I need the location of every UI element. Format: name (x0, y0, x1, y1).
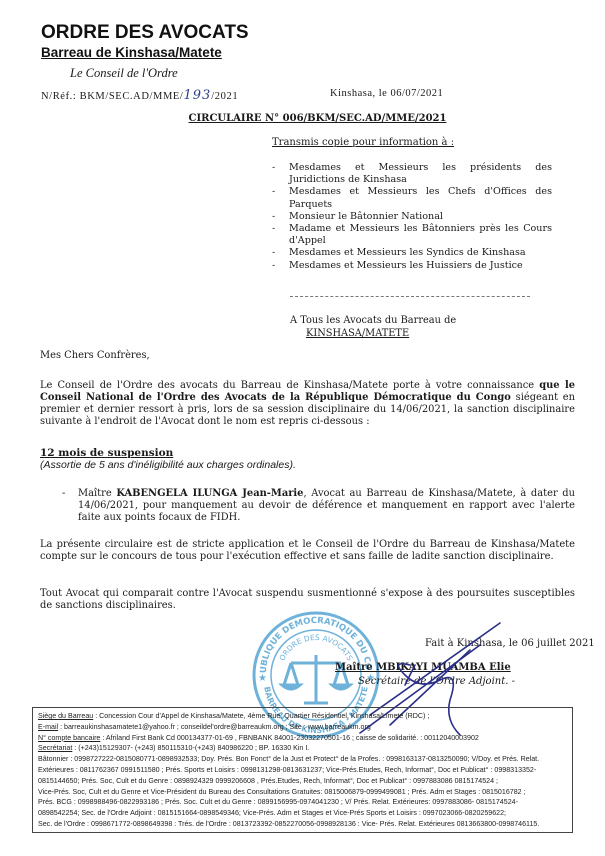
copy-recipient: Mesdames et Messieurs les Chefs d'Office… (272, 186, 552, 210)
copy-to-heading: Transmis copie pour information à : (272, 137, 454, 148)
footer-line-email: E-mail : barreaukinshasamatete1@yahoo.fr… (38, 722, 567, 733)
bullet-prefix: Maître (78, 488, 116, 499)
handwritten-reference-number: 193 (183, 88, 211, 103)
footer-contact-box: Siège du Barreau : Concession Cour d'App… (32, 707, 573, 833)
copy-recipient: Mesdames et Messieurs les Syndics de Kin… (272, 247, 552, 259)
footer-line-address: Siège du Barreau : Concession Cour d'App… (38, 711, 567, 722)
footer-line-contacts: Bâtonnier : 0998727222-0815080771-089893… (38, 754, 567, 765)
footer-line-contacts: Prés. BCG : 0998988496-0822993186 ; Prés… (38, 797, 567, 808)
addressee-city: KINSHASA/MATETE (290, 327, 456, 340)
reference-prefix: N/Réf.: BKM/SEC.AD/MME/ (41, 91, 183, 102)
copy-recipient: Monsieur le Bâtonnier National (272, 211, 552, 223)
svg-text:ORDRE DES AVOCATS: ORDRE DES AVOCATS (277, 633, 354, 662)
document-date: Kinshasa, le 06/07/2021 (330, 88, 443, 99)
footer-line-bank: N° compte bancaire : Afriland First Bank… (38, 733, 567, 744)
sanction-note: (Assortie de 5 ans d'inéligibilité aux c… (40, 459, 575, 471)
reference-suffix: /2021 (211, 91, 238, 102)
reference-number: N/Réf.: BKM/SEC.AD/MME/193/2021 (41, 88, 238, 103)
footer-line-contacts: Sec. de l'Ordre : 0998671772-0898649398 … (38, 819, 567, 830)
paragraph-warning: Tout Avocat qui comparait contre l'Avoca… (40, 588, 575, 612)
footer-line-contacts: Extérieures : 0811762367 0991511580 ; Pr… (38, 765, 567, 776)
bar-name: Barreau de Kinshasa/Matete (41, 45, 222, 60)
sanction-title: 12 mois de suspension (40, 447, 575, 459)
sanctioned-lawyer-name: KABENGELA ILUNGA Jean-Marie (116, 488, 303, 499)
copy-recipient: Mesdames et Messieurs les présidents des… (272, 162, 552, 186)
footer-line-secretariat: Secrétariat : (+243)15129307- (+243) 850… (38, 743, 567, 754)
addressee-line: A Tous les Avocats du Barreau de (290, 315, 456, 326)
greeting: Mes Chers Confrères, (40, 350, 575, 362)
addressee: A Tous les Avocats du Barreau de KINSHAS… (290, 314, 456, 340)
organization-title: ORDRE DES AVOCATS (41, 22, 249, 44)
copy-recipient: Mesdames et Messieurs les Huissiers de J… (272, 260, 552, 272)
copy-recipients-list: Mesdames et Messieurs les présidents des… (272, 162, 552, 272)
sanction-block: 12 mois de suspension (Assortie de 5 ans… (40, 447, 575, 471)
svg-text:★: ★ (258, 673, 267, 684)
separator-line (290, 296, 530, 297)
paragraph-intro: Le Conseil de l'Ordre des avocats du Bar… (40, 380, 539, 391)
paragraph-announcement: Le Conseil de l'Ordre des avocats du Bar… (40, 380, 575, 428)
footer-line-contacts: Vice-Prés. Soc, Cult et du Genre et Vice… (38, 787, 567, 798)
paragraph-application: La présente circulaire est de stricte ap… (40, 539, 575, 563)
council-name: Le Conseil de l'Ordre (70, 66, 178, 81)
signatory-role: Secrétaire de l'Ordre Adjoint. - (358, 676, 515, 687)
circular-title: CIRCULAIRE N° 006/BKM/SEC.AD/MME/2021 (0, 113, 605, 124)
signatory-name: Maître MBIKAYI MUAMBA Elie (335, 662, 511, 673)
signature-place-date: Fait à Kinshasa, le 06 juillet 2021 (425, 638, 595, 649)
footer-line-contacts: 0815144650; Prés. Soc, Cult et du Genre … (38, 776, 567, 787)
sanctioned-lawyer-item: Maître KABENGELA ILUNGA Jean-Marie, Avoc… (62, 488, 575, 524)
footer-line-contacts: 0898542254; Sec. de l'Ordre Adjoint : 08… (38, 808, 567, 819)
copy-recipient: Madame et Messieurs les Bâtonniers près … (272, 223, 552, 247)
